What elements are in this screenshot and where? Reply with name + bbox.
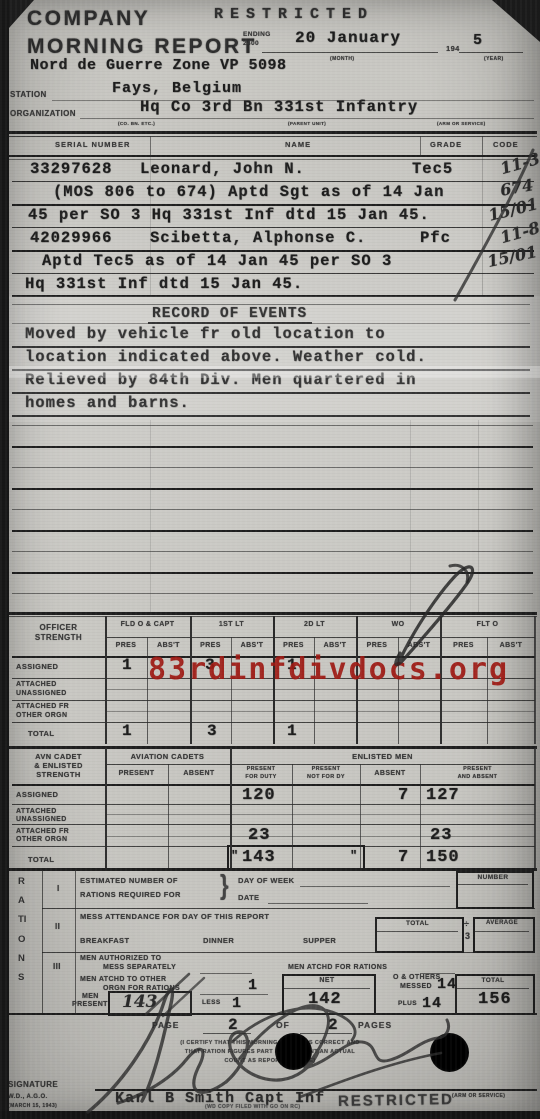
men-atchd-for-rations-label: MEN ATCHD FOR RATIONS [288, 964, 387, 971]
enlisted-total-present-and-absent: 150 [426, 848, 460, 867]
officer-total-2lt-pres: 1 [287, 722, 298, 740]
officer-subcol-abst: ABS'T [314, 642, 356, 649]
left-edge-shadow [0, 0, 9, 1119]
enlisted-corner-label: AVN CADET [12, 752, 105, 761]
rule [292, 764, 293, 868]
officer-subcol-pres: PRES [273, 642, 314, 649]
col-absent: ABSENT [360, 770, 420, 777]
men-authorized-label: MEN AUTHORIZED TO [80, 955, 161, 962]
rule [42, 870, 43, 1013]
rule [420, 764, 421, 868]
rule [12, 804, 535, 805]
roster-row-grade: Pfc [420, 229, 451, 247]
rule [482, 157, 483, 295]
officer-row-attached-fr: OTHER ORGN [16, 712, 67, 719]
rule [360, 764, 361, 868]
rule [105, 637, 535, 638]
rule [458, 884, 528, 885]
bottom-edge-shadow [0, 1111, 540, 1119]
plus-label: PLUS [398, 1000, 417, 1007]
officer-assigned-fld-pres: 1 [122, 656, 133, 674]
punch-hole-left [275, 1033, 312, 1070]
roster-row-serial: 42029966 [30, 229, 112, 247]
rule [105, 689, 535, 690]
rule [105, 814, 535, 815]
rule [8, 746, 537, 749]
rule [150, 420, 151, 612]
rule [475, 931, 529, 932]
rule [12, 593, 533, 594]
rule [230, 748, 232, 868]
col-present-not-for-duty: NOT FOR DY [292, 774, 360, 780]
officer-subcol-abst: ABS'T [487, 642, 535, 649]
rule [8, 1013, 537, 1015]
rule [203, 1033, 251, 1034]
officer-row-assigned: ASSIGNED [16, 662, 58, 671]
roster-row-name: Scibetta, Alphonse C. [150, 229, 366, 247]
rule [75, 870, 76, 1013]
watermark-83rdinfdivdocs: 83rdinfdivdocs.org [148, 652, 509, 687]
mess-separately-label: MESS SEPARATELY [103, 964, 176, 971]
rule [12, 415, 530, 417]
organization-rule [80, 118, 534, 119]
rule [12, 467, 533, 468]
report-date-value: 20 January [295, 29, 401, 47]
certify-text: THAT RATION FIGURES PART II REPRESENT AN… [130, 1049, 410, 1055]
signature-label: SIGNATURE [8, 1080, 58, 1089]
rule [12, 488, 533, 490]
men-label: MEN [82, 993, 99, 1000]
roster-row-code-handwritten: 11-3 [498, 149, 540, 178]
officer-col-group: WO [356, 621, 440, 628]
estimated-rations-label: ESTIMATED NUMBER OF [80, 876, 178, 885]
filed-note: (WD COPY FILED WITH GO ON RC) [205, 1104, 300, 1110]
year-prefix: 194 [446, 44, 460, 53]
officer-col-group: FLD O & CAPT [105, 621, 190, 628]
average-label: AVERAGE [473, 920, 531, 926]
cadets-col-absent: ABSENT [168, 770, 230, 777]
men-present-value-handwritten: 143 [122, 992, 158, 1012]
net-label: NET [282, 977, 372, 984]
rule [377, 931, 458, 932]
pages-number: 2 [328, 1016, 339, 1034]
roster-row-text: Hq 331st Inf dtd 15 Jan 45. [25, 275, 303, 293]
page-label: PAGE [152, 1020, 179, 1030]
col-present-for-duty: PRESENT [230, 766, 292, 772]
rule [105, 616, 107, 744]
rule [8, 131, 537, 134]
events-line: location indicated above. Weather cold. [25, 348, 427, 366]
officer-subcol-pres: PRES [190, 642, 231, 649]
officer-subcol-abst: ABS'T [398, 642, 440, 649]
enlisted-row-attached-fr: ATTACHED FR [16, 828, 69, 835]
officer-total-fld-pres: 1 [122, 722, 133, 740]
messed-label: MESSED [400, 983, 432, 990]
morning-report-document: RESTRICTED COMPANY MORNING REPORT ENDING… [0, 0, 540, 1119]
rule [300, 886, 450, 887]
officer-row-attached-fr: ATTACHED FR [16, 703, 69, 710]
enlisted-assigned-present-and-absent: 127 [426, 786, 460, 805]
rations-total-value: 156 [478, 990, 512, 1009]
organization-value: Hq Co 3rd Bn 331st Infantry [140, 98, 418, 116]
events-line: Relieved by 84th Div. Men quartered in [25, 371, 416, 389]
enlisted-assigned-absent: 7 [398, 786, 409, 805]
officer-subcol-pres: PRES [105, 642, 147, 649]
roster-header-name: NAME [285, 140, 311, 149]
others-messed-value: 14 [437, 976, 457, 993]
officer-strength-corner-label: OFFICER [12, 623, 105, 632]
estimated-rations-label: RATIONS REQUIRED FOR [80, 890, 181, 899]
restricted-stamp-bottom: RESTRICTED [338, 1091, 454, 1110]
brace-glyph: } [220, 869, 229, 902]
roster-row-code-handwritten: 15/01 [486, 242, 539, 271]
form-date-label: (MARCH 15, 1943) [8, 1103, 57, 1109]
rule [12, 824, 535, 825]
cadets-col-present: PRESENT [105, 770, 168, 777]
officer-row-total: TOTAL [28, 729, 54, 738]
col-present-not-for-duty: PRESENT [292, 766, 360, 772]
atchd-other-value: 1 [248, 977, 258, 994]
col-present-and-absent: PRESENT [420, 766, 535, 772]
rule [150, 136, 151, 157]
rule [200, 973, 252, 974]
enlisted-corner-label: STRENGTH [12, 770, 105, 779]
day-of-week-label: DAY OF WEEK [238, 876, 295, 885]
enlisted-row-assigned: ASSIGNED [16, 790, 58, 799]
plus-value: 14 [422, 995, 442, 1012]
rule [8, 612, 537, 615]
rule [12, 295, 534, 297]
net-value: 142 [308, 990, 342, 1009]
rations-roman-i: I [57, 884, 60, 893]
page-number: 2 [228, 1016, 239, 1034]
officer-subcol-pres: PRES [356, 642, 398, 649]
rule [534, 616, 536, 744]
enlisted-row-attached: ATTACHED [16, 808, 57, 815]
mess-total-label: TOTAL [375, 920, 460, 927]
rule [8, 136, 537, 137]
officer-row-attached: ATTACHED [16, 681, 57, 688]
rations-vertical-label: RATIONS [18, 872, 29, 987]
rule [105, 836, 535, 837]
less-label: LESS [202, 999, 221, 1006]
organization-label: ORGANIZATION [10, 109, 76, 118]
supper-label: SUPPER [303, 936, 336, 945]
rule [478, 420, 479, 612]
officer-col-group: FLT O [440, 621, 535, 628]
enlisted-men-group: ENLISTED MEN [230, 752, 535, 761]
roster-header-grade: GRADE [430, 140, 462, 149]
o-and-others-label: O & OTHERS [393, 974, 441, 981]
rule [534, 748, 536, 868]
rule [12, 551, 533, 552]
date-rule [262, 52, 438, 53]
officer-subcol-abst: ABS'T [147, 642, 190, 649]
sub-label-parent-unit: (PARENT UNIT) [288, 121, 326, 126]
date-label: DATE [238, 893, 259, 902]
rule [105, 764, 535, 765]
month-label: (MONTH) [330, 56, 354, 62]
ending-2400-label: 2400 [243, 40, 259, 47]
year-rule [459, 52, 523, 53]
station-label: STATION [10, 90, 47, 99]
station-value: Fays, Belgium [112, 80, 242, 97]
top-right-corner-shadow [492, 0, 540, 42]
roster-row-text: (MOS 806 to 674) Aptd Sgt as of 14 Jan [53, 183, 444, 201]
roster-row-text: Aptd Tec5 as of 14 Jan 45 per SO 3 [42, 252, 392, 270]
officer-row-attached: UNASSIGNED [16, 690, 67, 697]
officer-col-group: 2D LT [273, 621, 356, 628]
breakfast-label: BREAKFAST [80, 936, 129, 945]
col-present-for-duty: FOR DUTY [230, 774, 292, 780]
roster-row-grade: Tec5 [412, 160, 453, 178]
present-label: PRESENT [72, 1001, 108, 1008]
enlisted-corner-label: & ENLISTED [12, 761, 105, 770]
officer-strength-corner-label: STRENGTH [12, 633, 105, 642]
rule [12, 425, 533, 426]
of-label: OF [276, 1020, 290, 1030]
rule [420, 136, 421, 157]
aviation-cadets-group: AVIATION CADETS [105, 752, 230, 761]
enlisted-row-total: TOTAL [28, 855, 54, 864]
rule [105, 748, 107, 868]
restricted-stamp-top: RESTRICTED [214, 6, 374, 23]
roster-header-serial: SERIAL NUMBER [55, 140, 130, 149]
officer-subcol-pres: PRES [440, 642, 487, 649]
enlisted-assigned-present-for-duty: 120 [242, 786, 276, 805]
divide-sign: ÷ [464, 919, 469, 929]
ending-label: ENDING [243, 31, 271, 38]
less-value: 1 [232, 995, 242, 1012]
rule [410, 420, 411, 612]
dinner-label: DINNER [203, 936, 234, 945]
enlisted-row-attached: UNASSIGNED [16, 816, 67, 823]
officer-subcol-abst: ABS'T [231, 642, 273, 649]
rule [300, 1033, 352, 1034]
certify-text: (I CERTIFY THAT THIS MORNING REPORT IS C… [130, 1040, 410, 1046]
rule [12, 572, 533, 574]
rule [12, 509, 533, 510]
rule [105, 711, 535, 712]
sub-label-co: (CO. BN. ETC.) [118, 121, 155, 126]
events-line: Moved by vehicle fr old location to [25, 325, 386, 343]
rule [268, 903, 368, 904]
men-atchd-other-label: MEN ATCHD TO OTHER [80, 976, 166, 983]
roster-row-serial: 33297628 [30, 160, 112, 178]
form-title-company: COMPANY [27, 7, 150, 31]
events-line: homes and barns. [25, 394, 190, 412]
mess-attendance-label: MESS ATTENDANCE FOR DAY OF THIS REPORT [80, 912, 269, 921]
rule [12, 530, 533, 532]
roster-row-text: 45 per SO 3 Hq 331st Inf dtd 15 Jan 45. [28, 206, 430, 224]
arm-service-label: (ARM OR SERVICE) [452, 1093, 505, 1099]
year-digit-value: 5 [473, 32, 483, 49]
year-label: (YEAR) [484, 56, 504, 62]
rule [482, 136, 483, 157]
enlisted-total-absent: 7 [398, 848, 409, 867]
rule [8, 155, 537, 157]
punch-hole-right [430, 1033, 469, 1072]
certify-text: COUNT AS REPORTED TO ME) [130, 1058, 410, 1064]
divisor: 3 [465, 931, 470, 941]
rule [12, 846, 535, 847]
rations-total-label: TOTAL [455, 977, 531, 984]
rule [12, 446, 533, 448]
sub-label-arm-service: (ARM OR SERVICE) [437, 121, 486, 126]
rations-roman-ii: II [55, 922, 60, 931]
enlisted-row-attached-fr: OTHER ORGN [16, 836, 67, 843]
officer-total-1lt-pres: 3 [207, 722, 218, 740]
rations-roman-iii: III [53, 962, 61, 971]
roster-row-name: Leonard, John N. [140, 160, 305, 178]
officer-col-group: 1ST LT [190, 621, 273, 628]
rule [168, 764, 169, 868]
number-label: NUMBER [456, 874, 530, 881]
roster-header-code: CODE [493, 140, 519, 149]
form-title-morning-report: MORNING REPORT [27, 35, 257, 59]
record-of-events-title: RECORD OF EVENTS [152, 306, 307, 322]
zone-line-value: Nord de Guerre Zone VP 5098 [30, 57, 287, 74]
pages-label: PAGES [358, 1020, 392, 1030]
col-present-and-absent: AND ABSENT [420, 774, 535, 780]
wd-ago-label: W.D., A.G.O. [8, 1094, 48, 1100]
